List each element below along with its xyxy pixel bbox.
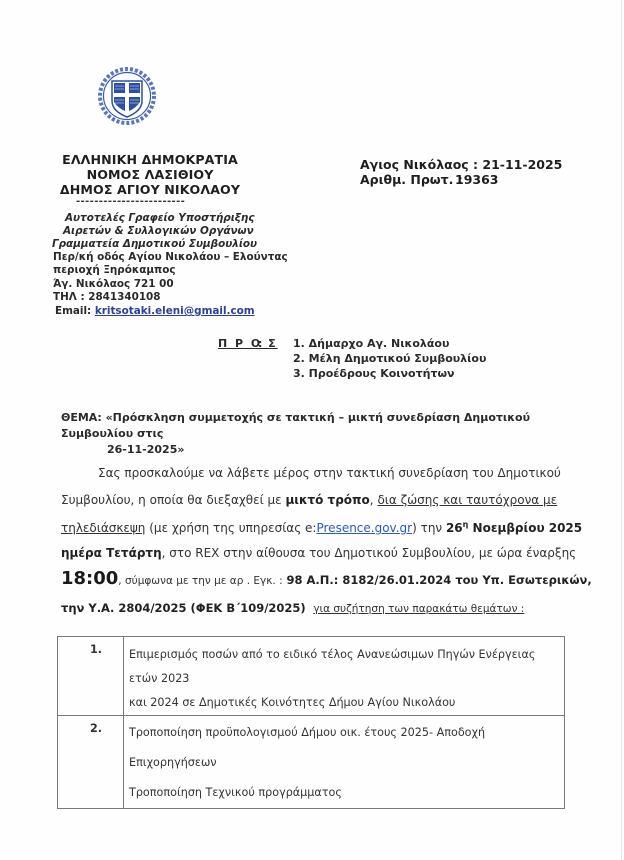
agenda-table: 1. Επιμερισμός ποσών από το ειδικό τέλος…	[57, 636, 565, 809]
body-line-6: την Υ.Α. 2804/2025 (ΦΕΚ Β΄109/2025) για …	[61, 601, 524, 615]
presence-link[interactable]: Presence.gov.gr	[316, 521, 412, 535]
recipient-2: 2. Μέλη Δημοτικού Συμβουλίου	[293, 352, 486, 365]
email-row: Email: kritsotaki.eleni@gmail.com	[55, 305, 255, 317]
letterhead-country: ΕΛΛΗΝΙΚΗ ΔΗΜΟΚΡΑΤΙΑ	[0, 152, 300, 167]
recipients-label: Π Ρ Ο Σ	[218, 337, 278, 350]
place-date: Αγιος Νικόλαος : 21-11-2025	[360, 157, 562, 172]
meeting-time: 18:00	[61, 568, 118, 589]
document-page: ΕΛΛΗΝΙΚΗ ΔΗΜΟΚΡΑΤΙΑ ΝΟΜΟΣ ΛΑΣΙΘΙΟΥ ΔΗΜΟΣ…	[0, 0, 624, 860]
protocol-label: Αριθμ. Πρωτ. :	[360, 172, 463, 187]
address-line-1: Περ/κή οδός Αγίου Νικολάου – Ελούντας	[53, 251, 288, 263]
letterhead-prefecture: ΝΟΜΟΣ ΛΑΣΙΘΙΟΥ	[0, 167, 300, 182]
recipients-colon: :	[258, 337, 262, 350]
email-link[interactable]: kritsotaki.eleni@gmail.com	[95, 305, 255, 317]
body-line-2: Συμβουλίου, η οποία θα διεξαχθεί με μικτ…	[61, 493, 557, 507]
body-line-5: 18:00, σύμφωνα με την με αρ . Εγκ. : 98 …	[61, 568, 592, 589]
office-line-2: Αιρετών & Συλλογικών Οργάνων	[63, 225, 254, 237]
subject: ΘΕΜΑ: «Πρόσκληση συμμετοχής σε τακτική –…	[61, 410, 551, 458]
recipient-3: 3. Προέδρους Κοινοτήτων	[293, 367, 455, 380]
letterhead-separator: ------------------------	[76, 196, 185, 207]
body-line-3: τηλεδιάσκεψη (με χρήση της υπηρεσίας e:P…	[61, 520, 557, 535]
email-label: Email:	[55, 305, 91, 317]
agenda-row: 2. Τροποποίηση προϋπολογισμού Δήμου οικ.…	[58, 716, 565, 809]
agenda-row: 1. Επιμερισμός ποσών από το ειδικό τέλος…	[58, 637, 565, 716]
letterhead-municipality: ΔΗΜΟΣ ΑΓΙΟΥ ΝΙΚΟΛΑΟΥ	[0, 182, 300, 197]
recipient-1: 1. Δήμαρχο Αγ. Νικολάου	[293, 337, 449, 350]
protocol-number: 19363	[455, 172, 499, 187]
agenda-number: 2.	[58, 716, 124, 809]
subject-label: ΘΕΜΑ:	[61, 411, 102, 424]
phone: ΤΗΛ : 2841340108	[53, 291, 161, 303]
office-line-3: Γραμματεία Δημοτικού Συμβουλίου	[52, 238, 257, 250]
subject-continuation: 26-11-2025»	[61, 442, 551, 458]
office-line-1: Αυτοτελές Γραφείο Υποστήριξης	[65, 212, 254, 224]
body-line-4: ημέρα Τετάρτη, στο REX στην αίθουσα του …	[61, 546, 557, 560]
greek-coat-of-arms-icon	[98, 67, 156, 125]
address-line-2: περιοχή Ξηρόκαμπος	[53, 264, 176, 276]
body-line-1: Σας προσκαλούμε να λάβετε μέρος στην τακ…	[98, 466, 557, 480]
subject-text: «Πρόσκληση συμμετοχής σε τακτική – μικτή…	[61, 411, 530, 440]
address-line-3: Άγ. Νικόλαος 721 00	[53, 278, 174, 290]
agenda-number: 1.	[58, 637, 124, 716]
agenda-text: Επιμερισμός ποσών από το ειδικό τέλος Αν…	[124, 637, 565, 716]
agenda-text: Τροποποίηση προϋπολογισμού Δήμου οικ. έτ…	[124, 716, 565, 809]
page-edge	[621, 0, 622, 860]
